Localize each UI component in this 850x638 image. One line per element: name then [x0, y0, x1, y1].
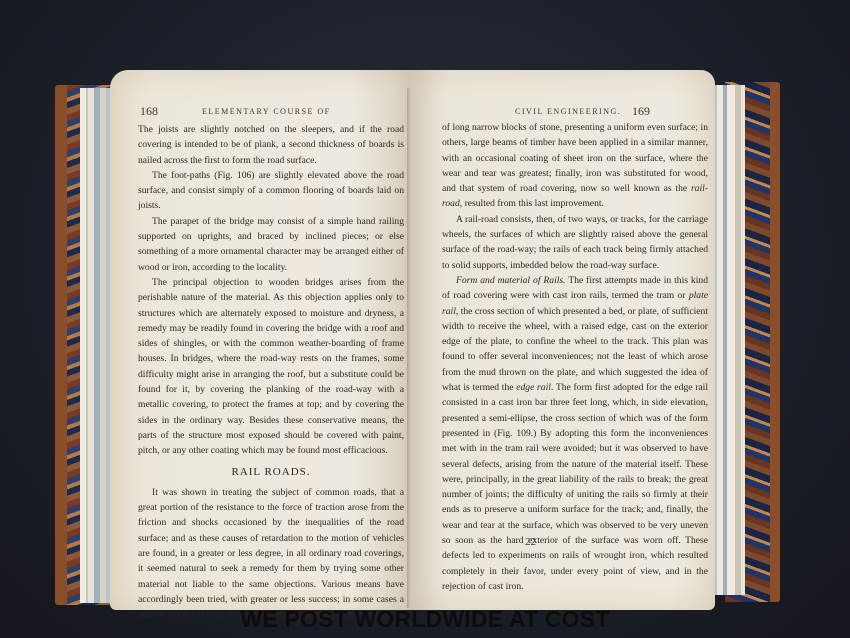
left-page-body: The joists are slightly notched on the s… [138, 122, 404, 623]
running-head-left: Elementary Course of [202, 107, 331, 116]
page-number-left: 168 [140, 104, 158, 119]
right-page: Civil Engineering. 169 of long narrow bl… [410, 70, 715, 610]
section-heading: RAIL ROADS. [138, 465, 404, 480]
paragraph: The joists are slightly notched on the s… [138, 122, 404, 168]
paragraph: of long narrow blocks of stone, presenti… [442, 120, 708, 212]
paragraph: The parapet of the bridge may consist of… [138, 214, 404, 275]
italic-subheading: Form and material of Rails. [456, 275, 566, 286]
left-page: 168 Elementary Course of The joists are … [110, 70, 410, 610]
paragraph: It was shown in treating the subject of … [138, 485, 404, 623]
paragraph: The principal objection to wooden bridge… [138, 275, 404, 459]
text-run: , resulted from this last improvement. [460, 198, 604, 209]
paragraph: The foot-paths (Fig. 106) are slightly e… [138, 168, 404, 214]
text-run: of long narrow blocks of stone, presenti… [442, 122, 708, 194]
shipping-banner: WE POST WORLDWIDE AT COST [0, 606, 850, 633]
paragraph: Form and material of Rails. The first at… [442, 273, 708, 594]
text-run: , the cross section of which presented a… [442, 306, 708, 393]
italic-term: edge rail [516, 382, 551, 393]
photo-scene: 168 Elementary Course of The joists are … [0, 0, 850, 638]
running-head-right: Civil Engineering. [515, 107, 621, 116]
text-run: It was shown in treating the subject of … [138, 487, 404, 620]
right-page-body: of long narrow blocks of stone, presenti… [442, 120, 708, 594]
page-number-right: 169 [632, 104, 650, 119]
paragraph: A rail-road consists, then, of two ways,… [442, 212, 708, 273]
text-run: . The form first adopted for the edge ra… [442, 382, 708, 592]
signature-mark: 22 [525, 536, 536, 548]
